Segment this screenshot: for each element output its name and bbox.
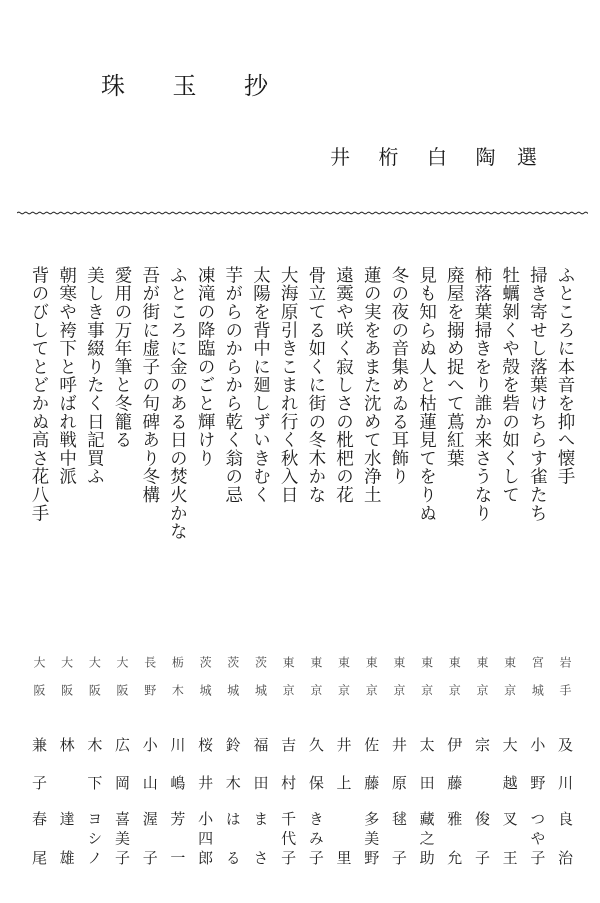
poet-given-name: きみ子 <box>301 811 329 865</box>
poet-credit: 東京 宗 俊子 <box>467 656 495 871</box>
prefecture: 大阪 <box>24 656 52 712</box>
haiku-column: 凍滝の降臨のごと輝けり <box>190 266 218 541</box>
poet-given-name: 喜美子 <box>107 811 135 865</box>
poet-surname: 林 <box>52 737 80 775</box>
selector-credit: 井桁白陶選 <box>330 146 537 168</box>
poet-given-name: 達雄 <box>52 811 80 865</box>
poet-credit: 東京 井上 里 <box>329 656 357 871</box>
haiku-column: 遠霙や咲く寂しさの枇杷の花 <box>329 266 357 541</box>
document-page: 珠玉抄 井桁白陶選 ふところに本音を抑へ懐手 掃き寄せし落葉けちらす雀たち 牡蠣… <box>0 0 600 903</box>
prefecture: 栃木 <box>163 656 191 712</box>
haiku-column: 柿落葉掃きをり誰か来さうなり <box>467 266 495 541</box>
poet-credit: 大阪 木下 ヨシノ <box>80 656 108 871</box>
poet-surname: 太田 <box>412 737 440 813</box>
prefecture: 東京 <box>329 656 357 712</box>
poet-credit: 東京 井原 毬子 <box>384 656 412 871</box>
poet-given-name: はる <box>218 811 246 865</box>
poet-credit: 長野 小山 渥子 <box>135 656 163 871</box>
prefecture: 東京 <box>273 656 301 712</box>
haiku-column: 太陽を背中に廻しずいきむく <box>246 266 274 541</box>
selector-name: 井桁白陶 <box>330 145 524 169</box>
poet-credit: 大阪 林 達雄 <box>52 656 80 871</box>
poet-surname: 大越 <box>495 737 523 813</box>
poet-credit: 宮城 小野 つや子 <box>523 656 551 871</box>
poet-surname: 川嶋 <box>163 737 191 813</box>
haiku-column: 掃き寄せし落葉けちらす雀たち <box>523 266 551 541</box>
poet-given-name: 小四郎 <box>190 811 218 865</box>
poet-given-name: 渥子 <box>135 811 163 865</box>
prefecture: 東京 <box>384 656 412 712</box>
haiku-column: 骨立てる如くに街の冬木かな <box>301 266 329 541</box>
poet-given-name: 芳一 <box>163 811 191 865</box>
poet-given-name: 叉王 <box>495 811 523 865</box>
haiku-column: 芋がらのからから乾く翁の忌 <box>218 266 246 541</box>
prefecture: 宮城 <box>523 656 551 712</box>
prefecture: 東京 <box>301 656 329 712</box>
poet-surname: 久保 <box>301 737 329 813</box>
prefecture: 茨城 <box>190 656 218 712</box>
poet-surname: 宗 <box>467 737 495 775</box>
prefecture: 東京 <box>495 656 523 712</box>
poet-credit: 岩手 及川 良治 <box>550 656 578 871</box>
haiku-column: 美しき事綴りたく日記買ふ <box>80 266 108 541</box>
poet-surname: 佐藤 <box>357 737 385 813</box>
poet-given-name: まさ <box>246 811 274 865</box>
prefecture: 大阪 <box>80 656 108 712</box>
haiku-column: ふところに本音を抑へ懐手 <box>550 266 578 541</box>
poet-credits: 岩手 及川 良治 宮城 小野 つや子 東京 大越 叉王 東京 宗 俊子 東京 伊… <box>24 656 578 871</box>
prefecture: 岩手 <box>550 656 578 712</box>
poet-surname: 井上 <box>329 737 357 813</box>
poet-surname: 鈴木 <box>218 737 246 813</box>
poet-surname: 伊藤 <box>440 737 468 813</box>
poet-credit: 茨城 桜井 小四郎 <box>190 656 218 871</box>
poet-given-name: ヨシノ <box>80 811 108 865</box>
poet-credit: 栃木 川嶋 芳一 <box>163 656 191 871</box>
prefecture: 大阪 <box>52 656 80 712</box>
poet-credit: 東京 伊藤 雅允 <box>440 656 468 871</box>
poet-surname: 井原 <box>384 737 412 813</box>
poet-surname: 小山 <box>135 737 163 813</box>
poet-given-name: 毬子 <box>384 811 412 865</box>
poet-credit: 東京 太田 藏之助 <box>412 656 440 871</box>
poet-credit: 茨城 鈴木 はる <box>218 656 246 871</box>
haiku-column: 背のびしてとどかぬ高さ花八手 <box>24 266 52 541</box>
haiku-column: 牡蠣剝くや殻を砦の如くして <box>495 266 523 541</box>
poet-given-name: 藏之助 <box>412 811 440 865</box>
poet-surname: 小野 <box>523 737 551 813</box>
poet-surname: 桜井 <box>190 737 218 813</box>
poet-credit: 東京 久保 きみ子 <box>301 656 329 871</box>
prefecture: 茨城 <box>246 656 274 712</box>
poet-given-name: 良治 <box>550 811 578 865</box>
poet-surname: 広岡 <box>107 737 135 813</box>
poet-credit: 東京 大越 叉王 <box>495 656 523 871</box>
poet-surname: 及川 <box>550 737 578 813</box>
haiku-column: 蓮の実をあまた沈めて水浄土 <box>357 266 385 541</box>
poet-credit: 東京 吉村 千代子 <box>273 656 301 871</box>
poet-surname: 福田 <box>246 737 274 813</box>
poet-given-name: 千代子 <box>273 811 301 865</box>
prefecture: 東京 <box>357 656 385 712</box>
haiku-list: ふところに本音を抑へ懐手 掃き寄せし落葉けちらす雀たち 牡蠣剝くや殻を砦の如くし… <box>24 266 578 541</box>
haiku-column: ふところに金のある日の焚火かな <box>163 266 191 541</box>
wavy-divider <box>17 209 588 217</box>
poet-surname: 木下 <box>80 737 108 813</box>
haiku-column: 見も知らぬ人と枯蓮見てをりぬ <box>412 266 440 541</box>
haiku-column: 廃屋を搦め捉へて蔦紅葉 <box>440 266 468 541</box>
haiku-column: 朝寒や袴下と呼ばれ戦中派 <box>52 266 80 541</box>
haiku-column: 愛用の万年筆と冬籠る <box>107 266 135 541</box>
prefecture: 茨城 <box>218 656 246 712</box>
poet-credit: 茨城 福田 まさ <box>246 656 274 871</box>
poet-given-name: つや子 <box>523 811 551 865</box>
prefecture: 東京 <box>412 656 440 712</box>
poet-given-name: 春尾 <box>24 811 52 865</box>
prefecture: 長野 <box>135 656 163 712</box>
prefecture: 東京 <box>467 656 495 712</box>
poet-credit: 東京 佐藤 多美野 <box>357 656 385 871</box>
poet-given-name: 雅允 <box>440 811 468 865</box>
poet-given-name: 多美野 <box>357 811 385 865</box>
prefecture: 東京 <box>440 656 468 712</box>
poet-surname: 兼子 <box>24 737 52 813</box>
page-title: 珠玉抄 <box>101 73 316 99</box>
poet-given-name: 俊子 <box>467 811 495 865</box>
haiku-column: 大海原引きこまれ行く秋入日 <box>273 266 301 541</box>
poet-credit: 大阪 広岡 喜美子 <box>107 656 135 871</box>
poet-surname: 吉村 <box>273 737 301 813</box>
poet-credit: 大阪 兼子 春尾 <box>24 656 52 871</box>
poet-given-name: 里 <box>329 811 357 865</box>
prefecture: 大阪 <box>107 656 135 712</box>
haiku-column: 冬の夜の音集めゐる耳飾り <box>384 266 412 541</box>
haiku-column: 吾が街に虚子の句碑あり冬構 <box>135 266 163 541</box>
selector-suffix: 選 <box>517 145 537 169</box>
